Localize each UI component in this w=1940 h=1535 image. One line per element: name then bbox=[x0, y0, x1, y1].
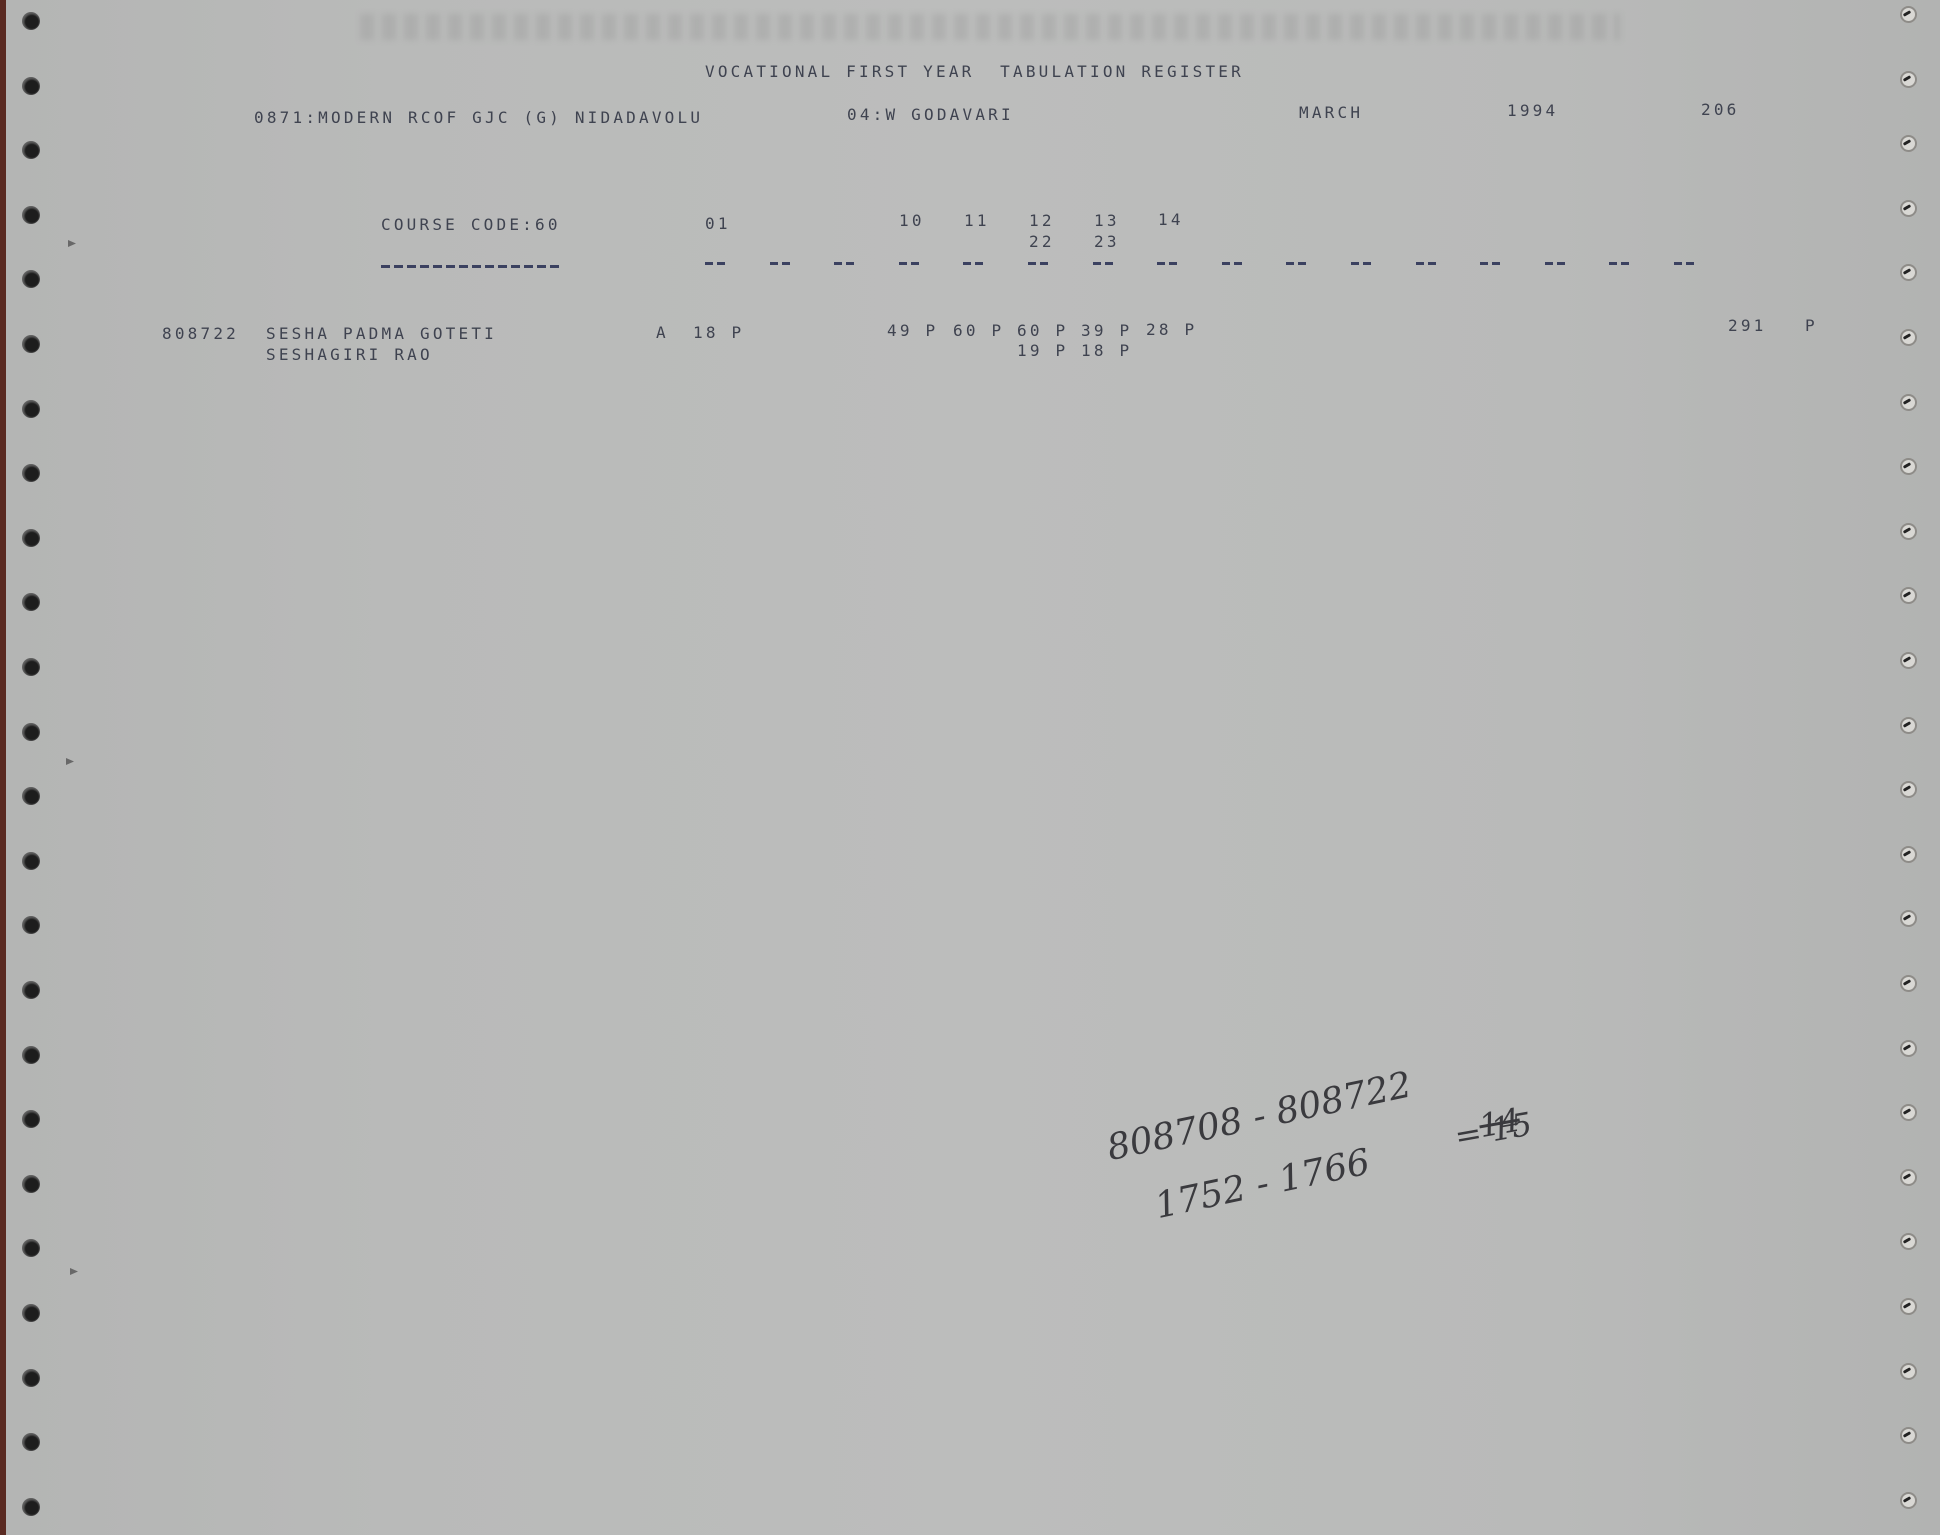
column-separator bbox=[1028, 262, 1048, 265]
column-separator bbox=[1093, 262, 1113, 265]
mark-14: 28 P bbox=[1146, 321, 1197, 339]
subject-code-22: 22 bbox=[1029, 233, 1055, 251]
feed-hole-right bbox=[1900, 200, 1917, 217]
mark-13: 39 P bbox=[1081, 322, 1132, 340]
subject-code-23: 23 bbox=[1094, 233, 1120, 251]
course-code-label: COURSE CODE:60 bbox=[381, 216, 561, 234]
total-marks: 291 bbox=[1728, 317, 1767, 335]
feed-hole-right bbox=[1900, 652, 1917, 669]
feed-hole-right bbox=[1900, 329, 1917, 346]
column-separator bbox=[770, 262, 790, 265]
feed-hole-left bbox=[22, 1304, 40, 1322]
column-separator bbox=[1545, 262, 1565, 265]
parent-name: SESHAGIRI RAO bbox=[266, 346, 433, 364]
feed-hole-right bbox=[1900, 71, 1917, 88]
column-separator bbox=[705, 262, 725, 265]
subject-code-12: 12 bbox=[1029, 212, 1055, 230]
feed-hole-right bbox=[1900, 6, 1917, 23]
result-status: P bbox=[1805, 317, 1818, 335]
column-separator bbox=[1609, 262, 1629, 265]
column-separator bbox=[1351, 262, 1371, 265]
mark-01: 18 P bbox=[693, 324, 744, 342]
column-separator bbox=[1222, 262, 1242, 265]
grade-flag: A bbox=[656, 324, 669, 342]
bleed-through-text bbox=[360, 14, 1620, 40]
feed-hole-right bbox=[1900, 717, 1917, 734]
column-separator bbox=[1416, 262, 1436, 265]
college-name: 0871:MODERN RCOF GJC (G) NIDADAVOLU bbox=[254, 109, 703, 127]
mark-11: 60 P bbox=[953, 322, 1004, 340]
feed-hole-left bbox=[22, 852, 40, 870]
feed-hole-right bbox=[1900, 1363, 1917, 1380]
mark-12: 60 P bbox=[1017, 322, 1068, 340]
mark-10: 49 P bbox=[887, 322, 938, 340]
exam-year: 1994 bbox=[1507, 102, 1558, 120]
feed-hole-left bbox=[22, 658, 40, 676]
tabulation-sheet bbox=[6, 0, 1940, 1535]
column-separator bbox=[1480, 262, 1500, 265]
subject-code-13: 13 bbox=[1094, 212, 1120, 230]
feed-hole-left bbox=[22, 981, 40, 999]
student-name: SESHA PADMA GOTETI bbox=[266, 325, 497, 343]
exam-month: MARCH bbox=[1299, 104, 1363, 122]
feed-hole-right bbox=[1900, 1492, 1917, 1509]
district-name: 04:W GODAVARI bbox=[847, 106, 1014, 124]
feed-hole-left bbox=[22, 12, 40, 30]
feed-hole-left bbox=[22, 529, 40, 547]
subject-code-01: 01 bbox=[705, 215, 731, 233]
feed-hole-right bbox=[1900, 1169, 1917, 1186]
feed-hole-right bbox=[1900, 394, 1917, 411]
feed-hole-left bbox=[22, 1046, 40, 1064]
column-separator bbox=[1674, 262, 1694, 265]
column-separator bbox=[963, 262, 983, 265]
subject-code-11: 11 bbox=[964, 212, 990, 230]
feed-hole-right bbox=[1900, 975, 1917, 992]
feed-hole-right bbox=[1900, 523, 1917, 540]
column-separator bbox=[834, 262, 854, 265]
feed-hole-left bbox=[22, 335, 40, 353]
feed-hole-left bbox=[22, 1369, 40, 1387]
feed-hole-right bbox=[1900, 846, 1917, 863]
register-title: VOCATIONAL FIRST YEAR TABULATION REGISTE… bbox=[705, 63, 1244, 81]
subject-code-10: 10 bbox=[899, 212, 925, 230]
feed-hole-right bbox=[1900, 1298, 1917, 1315]
hall-ticket-number: 808722 bbox=[162, 325, 239, 343]
feed-hole-left bbox=[22, 206, 40, 224]
column-separator bbox=[899, 262, 919, 265]
mark-22: 19 P bbox=[1017, 342, 1068, 360]
feed-hole-right bbox=[1900, 1040, 1917, 1057]
column-separator bbox=[1286, 262, 1306, 265]
feed-hole-left bbox=[22, 723, 40, 741]
feed-hole-left bbox=[22, 1498, 40, 1516]
feed-hole-left bbox=[22, 77, 40, 95]
page-number: 206 bbox=[1701, 101, 1740, 119]
feed-hole-left bbox=[22, 400, 40, 418]
column-separator bbox=[1157, 262, 1177, 265]
subject-code-14: 14 bbox=[1158, 211, 1184, 229]
feed-hole-left bbox=[22, 1175, 40, 1193]
mark-23: 18 P bbox=[1081, 342, 1132, 360]
course-code-underline bbox=[381, 265, 563, 268]
